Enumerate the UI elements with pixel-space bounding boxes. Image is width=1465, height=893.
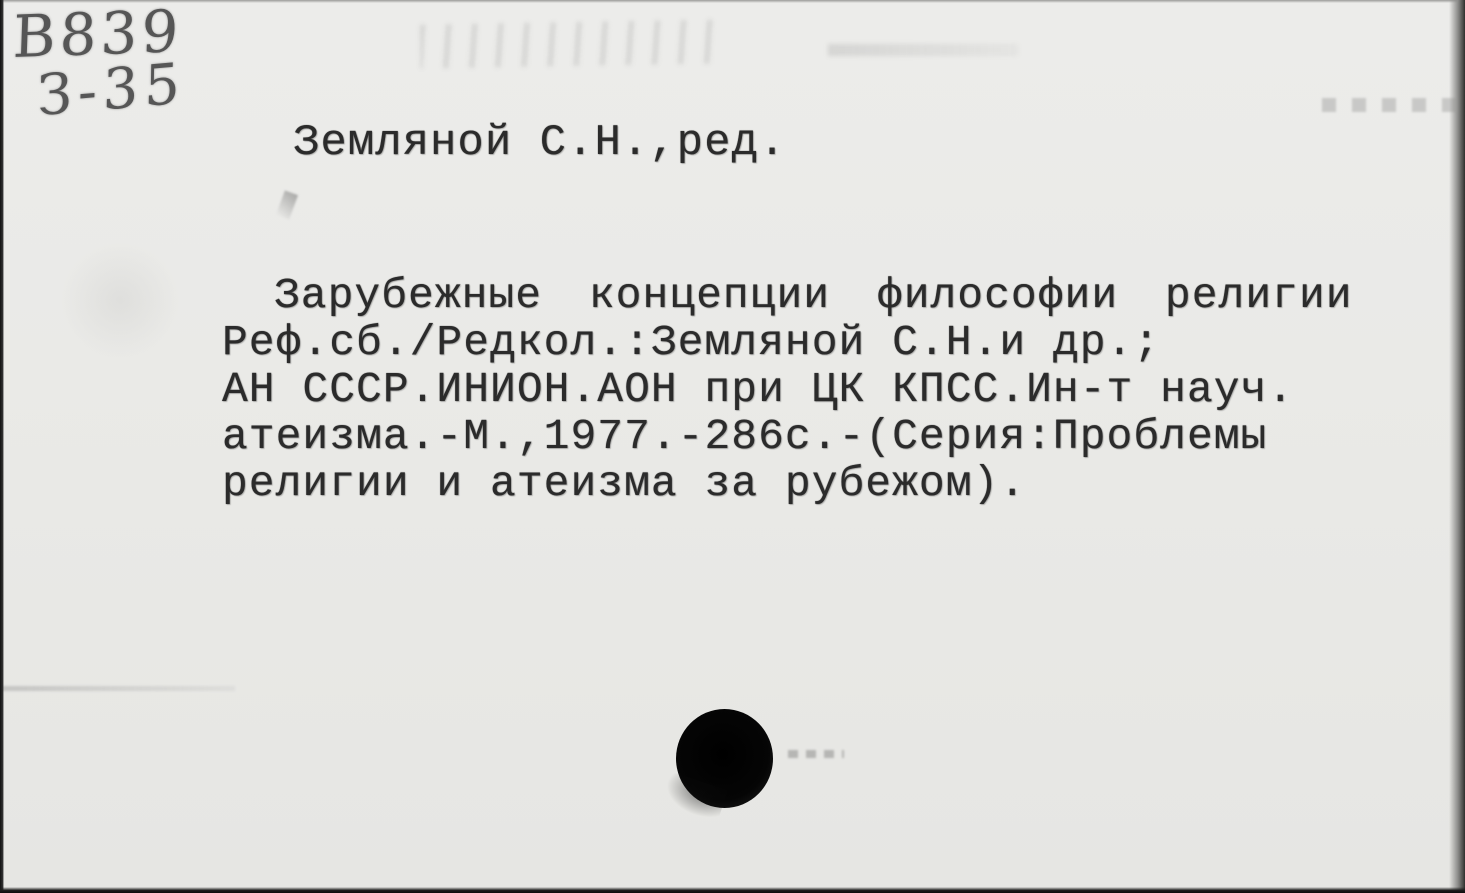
catalog-entry: Зарубежные концепции философии религии Р… xyxy=(222,272,1353,507)
smudge xyxy=(60,240,180,360)
editor-heading: Земляной С.Н.,ред. xyxy=(293,118,786,168)
scan-edge-right xyxy=(1449,0,1465,893)
smudge xyxy=(828,44,1018,56)
entry-line-editors: Реф.сб./Редкол.:Земляной С.Н.и др.; xyxy=(222,319,1353,366)
scan-edge-top xyxy=(0,0,1465,3)
entry-line-institution: АН СССР.ИНИОН.АОН при ЦК КПСС.Ин-т науч. xyxy=(222,366,1353,413)
scan-edge-left xyxy=(0,0,4,893)
catalog-card: В839 З-35 Земляной С.Н.,ред. Зарубежные … xyxy=(0,0,1465,893)
entry-line-imprint: атеизма.-М.,1977.-286с.-(Серия:Проблемы xyxy=(222,413,1353,460)
scan-edge-bottom xyxy=(0,887,1465,893)
call-number-author-mark: З-35 xyxy=(37,55,187,126)
smudge xyxy=(420,19,721,68)
entry-line-title: Зарубежные концепции философии религии xyxy=(222,272,1353,319)
smudge xyxy=(788,750,844,758)
call-number: В839 З-35 xyxy=(12,1,187,123)
smudge xyxy=(1322,98,1462,112)
entry-line-series: религии и атеизма за рубежом). xyxy=(222,460,1353,507)
smudge xyxy=(0,686,235,691)
smudge xyxy=(276,190,298,219)
